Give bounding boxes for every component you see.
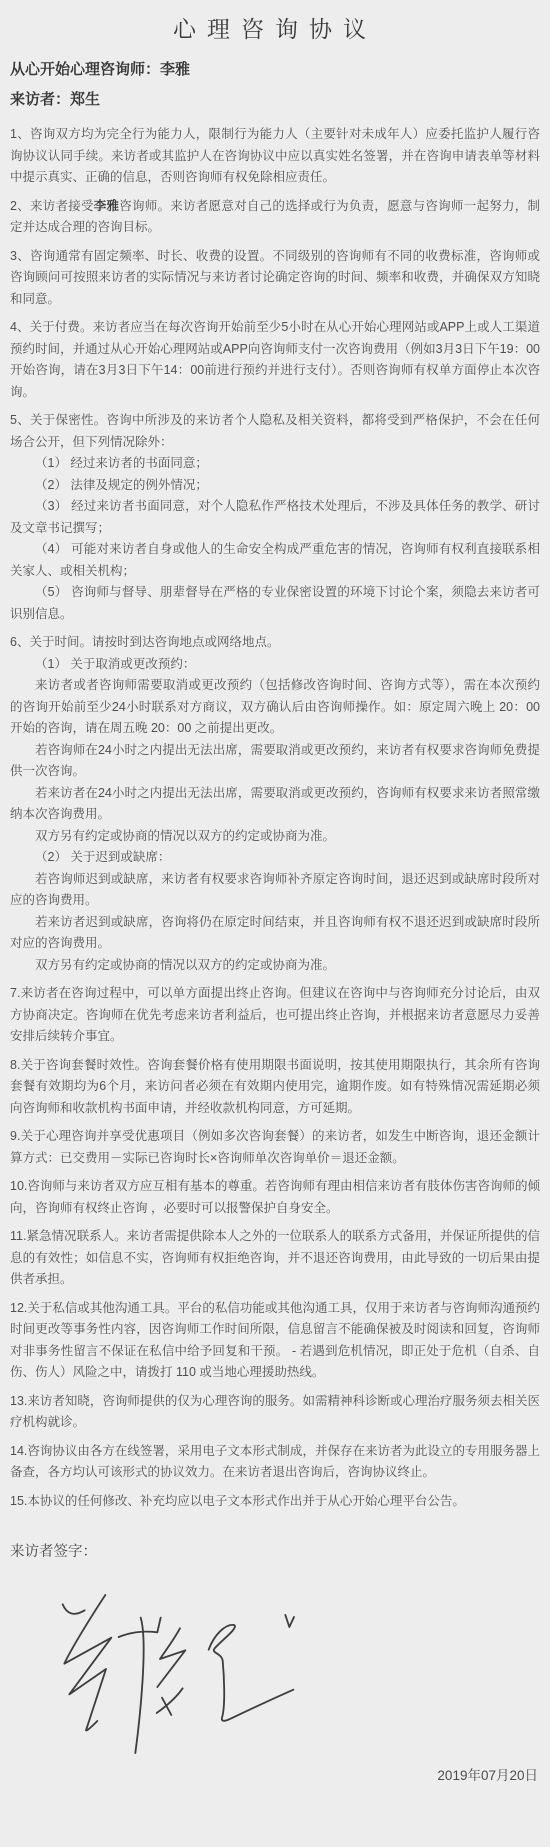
clause-list: 1、咨询双方均为完全行为能力人，限制行为能力人（主要针对未成年人）应委托监护人履… [10, 124, 540, 1512]
clause-10: 10.咨询师与来访者双方应互相有基本的尊重。若咨询师有理由相信来访者有肢体伤害咨… [10, 1176, 540, 1219]
clause-5-item: （1） 经过来访者的书面同意； [10, 453, 540, 475]
clause-5-item: （2） 法律及规定的例外情况； [10, 475, 540, 497]
clause-1: 1、咨询双方均为完全行为能力人，限制行为能力人（主要针对未成年人）应委托监护人履… [10, 124, 540, 189]
signature-section: 来访者签字： 2019年07月20日 [10, 1542, 540, 1787]
signature-image [40, 1575, 300, 1763]
clause-14: 14.咨询协议由各方在线签署，采用电子文本形式制成，并保存在来访者为此设立的专用… [10, 1441, 540, 1484]
clause-5-item: （3） 经过来访者书面同意，对个人隐私作严格技术处理后，不涉及具体任务的教学、研… [10, 496, 540, 539]
visitor-line: 来访者：郑生 [10, 90, 540, 110]
clause-15: 15.本协议的任何修改、补充均应以电子文本形式作出并于从心开始心理平台公告。 [10, 1491, 540, 1513]
signature-canvas [40, 1575, 300, 1763]
clause-5: 5、关于保密性。咨询中所涉及的来访者个人隐私及相关资料，都将受到严格保护，不会在… [10, 410, 540, 625]
clause-6-sub2-para: 若来访者迟到或缺席，咨询将仍在原定时间结束，并且咨询师有权不退还迟到或缺席时段所… [10, 912, 540, 955]
clause-9: 9.关于心理咨询并享受优惠项目（例如多次咨询套餐）的来访者，如发生中断咨询，退还… [10, 1126, 540, 1169]
signature-label: 来访者签字： [10, 1542, 540, 1563]
clause-6-sub2-para: 双方另有约定或协商的情况以双方的约定或协商为准。 [10, 955, 540, 977]
counselor-line: 从心开始心理咨询师：李雅 [10, 60, 540, 80]
clause-2-prefix: 2、来访者接受 [10, 199, 94, 213]
clause-3: 3、咨询通常有固定频率、时长、收费的设置。不同级别的咨询师有不同的收费标准，咨询… [10, 246, 540, 311]
clause-12: 12.关于私信或其他沟通工具。平台的私信功能或其他沟通工具，仅用于来访者与咨询师… [10, 1298, 540, 1384]
clause-6-intro: 6、关于时间。请按时到达咨询地点或网络地点。 [10, 632, 540, 654]
clause-6-sub1-para: 若咨询师在24小时之内提出无法出席，需要取消或更改预约，来访者有权要求咨询师免费… [10, 740, 540, 783]
clause-6-sub1-para: 若来访者在24小时之内提出无法出席，需要取消或更改预约，咨询师有权要求来访者照常… [10, 783, 540, 826]
clause-8: 8.关于咨询套餐时效性。咨询套餐价格有使用期限书面说明，按其使用期限执行，其余所… [10, 1055, 540, 1120]
clause-6-sub2-para: 若咨询师迟到或缺席，来访者有权要求咨询师补齐原定咨询时间，退还迟到或缺席时段所对… [10, 869, 540, 912]
clause-4: 4、关于付费。来访者应当在每次咨询开始前至少5小时在从心开始心理网站或APP上或… [10, 317, 540, 403]
clause-7: 7.来访者在咨询过程中，可以单方面提出终止咨询。但建议在咨询中与咨询师充分讨论后… [10, 983, 540, 1048]
clause-6-sub1-title: （1） 关于取消或更改预约： [10, 654, 540, 676]
clause-6-sub2-title: （2） 关于迟到或缺席： [10, 847, 540, 869]
page-title: 心理咨询协议 [10, 14, 540, 44]
signature-date: 2019年07月20日 [10, 1765, 540, 1787]
clause-5-item: （4） 可能对来访者自身或他人的生命安全构成严重危害的情况，咨询师有权利直接联系… [10, 539, 540, 582]
agreement-document: 心理咨询协议 从心开始心理咨询师：李雅 来访者：郑生 1、咨询双方均为完全行为能… [0, 0, 550, 1847]
clause-6-sub1-para: 双方另有约定或协商的情况以双方的约定或协商为准。 [10, 826, 540, 848]
clause-5-item: （5） 咨询师与督导、朋辈督导在严格的专业保密设置的环境下讨论个案，须隐去来访者… [10, 582, 540, 625]
counselor-name: 李雅 [94, 199, 120, 213]
clause-2: 2、来访者接受李雅咨询师。来访者愿意对自己的选择或行为负责，愿意与咨询师一起努力… [10, 196, 540, 239]
clause-5-intro: 5、关于保密性。咨询中所涉及的来访者个人隐私及相关资料，都将受到严格保护，不会在… [10, 410, 540, 453]
clause-6: 6、关于时间。请按时到达咨询地点或网络地点。 （1） 关于取消或更改预约： 来访… [10, 632, 540, 976]
clause-13: 13.来访者知晓，咨询师提供的仅为心理咨询的服务。如需精神科诊断或心理治疗服务须… [10, 1391, 540, 1434]
clause-11: 11.紧急情况联系人。来访者需提供除本人之外的一位联系人的联系方式备用，并保证所… [10, 1226, 540, 1291]
clause-6-sub1-para: 来访者或者咨询师需要取消或更改预约（包括修改咨询时间、咨询方式等），需在本次预约… [10, 675, 540, 740]
